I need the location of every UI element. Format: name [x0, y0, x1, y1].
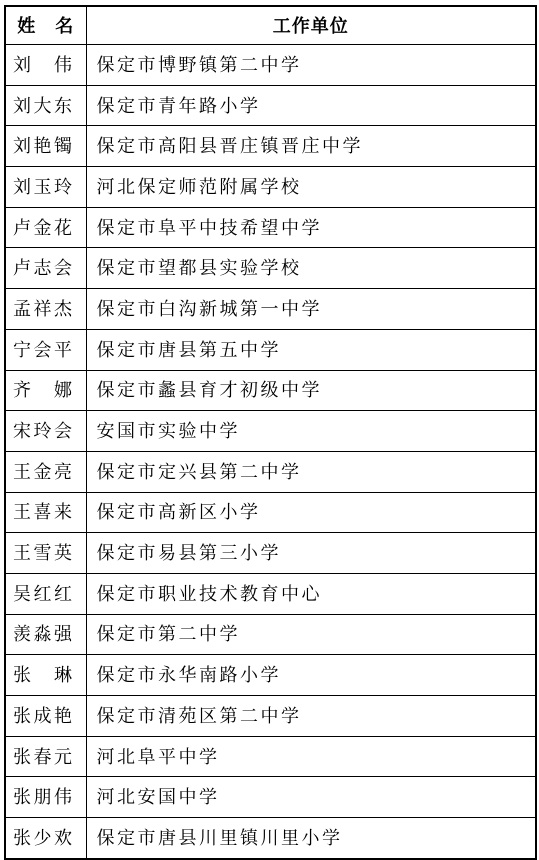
work-unit-cell: 保定市高新区小学 — [86, 492, 536, 533]
person-name-cell: 齐 娜 — [5, 370, 86, 411]
column-header-name: 姓 名 — [5, 6, 86, 45]
table-row: 张成艳 保定市清苑区第二中学 — [5, 696, 536, 737]
person-name-cell: 卢志会 — [5, 248, 86, 289]
table-row: 刘玉玲 河北保定师范附属学校 — [5, 167, 536, 208]
work-unit-cell: 保定市博野镇第二中学 — [86, 45, 536, 86]
work-unit-cell: 保定市阜平中技希望中学 — [86, 207, 536, 248]
work-unit-cell: 保定市职业技术教育中心 — [86, 573, 536, 614]
person-name-cell: 王金亮 — [5, 451, 86, 492]
table-row: 卢志会 保定市望都县实验学校 — [5, 248, 536, 289]
work-unit-cell: 保定市定兴县第二中学 — [86, 451, 536, 492]
table-row: 吴红红 保定市职业技术教育中心 — [5, 573, 536, 614]
table-row: 张 琳 保定市永华南路小学 — [5, 655, 536, 696]
table-row: 卢金花 保定市阜平中技希望中学 — [5, 207, 536, 248]
person-name-cell: 张 琳 — [5, 655, 86, 696]
header-row: 姓 名 工作单位 — [5, 6, 536, 45]
table-row: 张朋伟 河北安国中学 — [5, 777, 536, 818]
table-row: 王喜来 保定市高新区小学 — [5, 492, 536, 533]
table-row: 刘 伟 保定市博野镇第二中学 — [5, 45, 536, 86]
work-unit-cell: 保定市唐县川里镇川里小学 — [86, 818, 536, 859]
person-name-cell: 张成艳 — [5, 696, 86, 737]
work-unit-cell: 河北安国中学 — [86, 777, 536, 818]
table-row: 宋玲会 安国市实验中学 — [5, 411, 536, 452]
person-name-cell: 刘玉玲 — [5, 167, 86, 208]
work-unit-cell: 安国市实验中学 — [86, 411, 536, 452]
table-row: 齐 娜 保定市蠡县育才初级中学 — [5, 370, 536, 411]
table-row: 刘艳镯 保定市高阳县晋庄镇晋庄中学 — [5, 126, 536, 167]
name-workunit-table: 姓 名 工作单位 刘 伟 保定市博野镇第二中学 刘大东 保定市青年路小学 刘艳镯… — [4, 5, 537, 860]
work-unit-cell: 保定市易县第三小学 — [86, 533, 536, 574]
work-unit-cell: 保定市第二中学 — [86, 614, 536, 655]
work-unit-cell: 保定市蠡县育才初级中学 — [86, 370, 536, 411]
person-name-cell: 刘 伟 — [5, 45, 86, 86]
work-unit-cell: 保定市永华南路小学 — [86, 655, 536, 696]
person-name-cell: 宋玲会 — [5, 411, 86, 452]
table-body: 刘 伟 保定市博野镇第二中学 刘大东 保定市青年路小学 刘艳镯 保定市高阳县晋庄… — [5, 45, 536, 859]
table-row: 王雪英 保定市易县第三小学 — [5, 533, 536, 574]
person-name-cell: 吴红红 — [5, 573, 86, 614]
table-row: 张春元 河北阜平中学 — [5, 736, 536, 777]
table-row: 羡淼强 保定市第二中学 — [5, 614, 536, 655]
work-unit-cell: 河北保定师范附属学校 — [86, 167, 536, 208]
table-row: 刘大东 保定市青年路小学 — [5, 85, 536, 126]
column-header-unit: 工作单位 — [86, 6, 536, 45]
table-row: 孟祥杰 保定市白沟新城第一中学 — [5, 289, 536, 330]
person-name-cell: 王雪英 — [5, 533, 86, 574]
work-unit-cell: 保定市清苑区第二中学 — [86, 696, 536, 737]
work-unit-cell: 保定市高阳县晋庄镇晋庄中学 — [86, 126, 536, 167]
person-name-cell: 刘大东 — [5, 85, 86, 126]
person-name-cell: 孟祥杰 — [5, 289, 86, 330]
person-name-cell: 张春元 — [5, 736, 86, 777]
table-row: 王金亮 保定市定兴县第二中学 — [5, 451, 536, 492]
person-name-cell: 张少欢 — [5, 818, 86, 859]
person-name-cell: 羡淼强 — [5, 614, 86, 655]
person-name-cell: 刘艳镯 — [5, 126, 86, 167]
person-name-cell: 王喜来 — [5, 492, 86, 533]
table-row: 张少欢 保定市唐县川里镇川里小学 — [5, 818, 536, 859]
person-name-cell: 宁会平 — [5, 329, 86, 370]
person-name-cell: 卢金花 — [5, 207, 86, 248]
person-name-cell: 张朋伟 — [5, 777, 86, 818]
table-row: 宁会平 保定市唐县第五中学 — [5, 329, 536, 370]
table-header: 姓 名 工作单位 — [5, 6, 536, 45]
document-page: 姓 名 工作单位 刘 伟 保定市博野镇第二中学 刘大东 保定市青年路小学 刘艳镯… — [0, 0, 539, 822]
work-unit-cell: 保定市白沟新城第一中学 — [86, 289, 536, 330]
work-unit-cell: 保定市望都县实验学校 — [86, 248, 536, 289]
work-unit-cell: 保定市唐县第五中学 — [86, 329, 536, 370]
work-unit-cell: 保定市青年路小学 — [86, 85, 536, 126]
work-unit-cell: 河北阜平中学 — [86, 736, 536, 777]
